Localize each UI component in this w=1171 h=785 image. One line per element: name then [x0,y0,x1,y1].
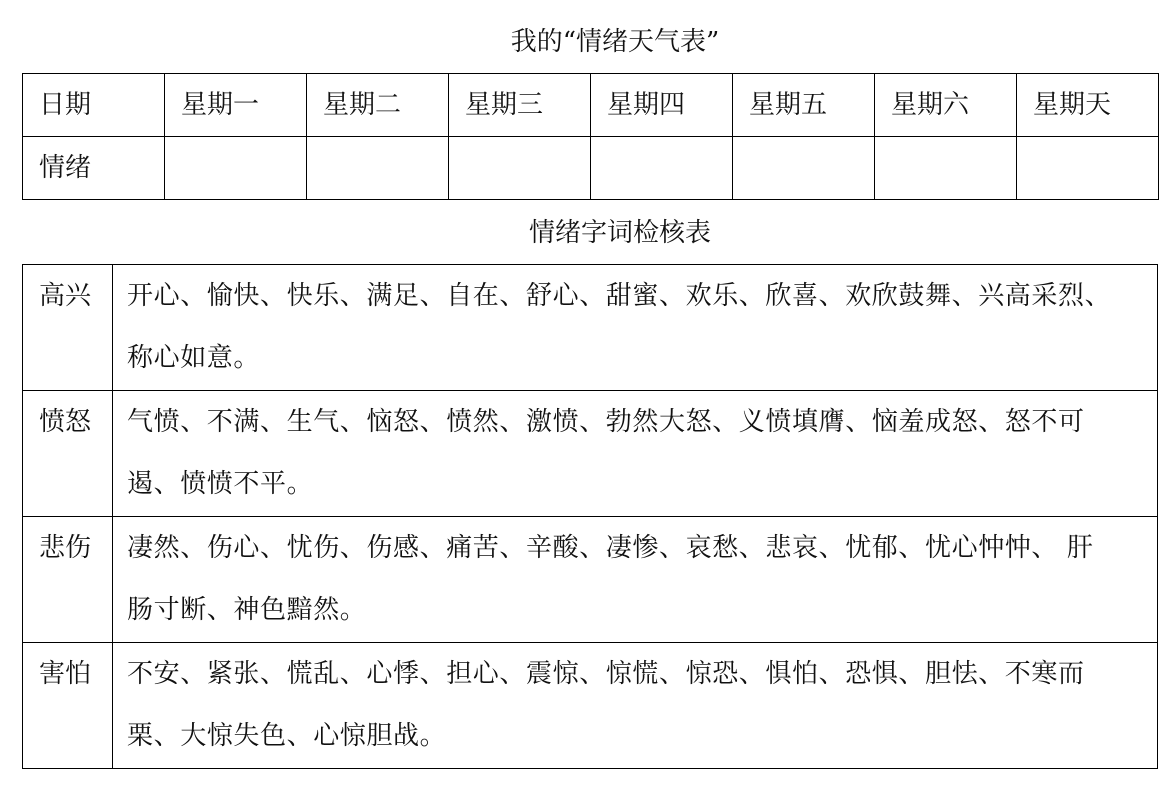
word-line: 不安、紧张、慌乱、心悸、担心、震惊、惊慌、惊恐、惧怕、恐惧、胆怯、不寒而 [127,643,1153,705]
emotion-label-angry: 愤怒 [23,391,113,517]
word-table-title: 情绪字词检核表 [0,218,1171,248]
emotion-label-afraid: 害怕 [23,643,113,769]
sunday-mood-cell[interactable] [1017,137,1159,200]
emotion-words-angry: 气愤、不满、生气、恼怒、愤然、激愤、勃然大怒、义愤填膺、恼羞成怒、怒不可 遏、愤… [113,391,1158,517]
thursday-header-cell: 星期四 [591,74,733,137]
friday-header-cell: 星期五 [733,74,875,137]
saturday-header-cell: 星期六 [875,74,1017,137]
tuesday-mood-cell[interactable] [307,137,449,200]
sunday-header-cell: 星期天 [1017,74,1159,137]
tuesday-header-cell: 星期二 [307,74,449,137]
word-line: 气愤、不满、生气、恼怒、愤然、激愤、勃然大怒、义愤填膺、恼羞成怒、怒不可 [127,391,1153,453]
wednesday-header-cell: 星期三 [449,74,591,137]
saturday-mood-cell[interactable] [875,137,1017,200]
date-row: 日期 星期一 星期二 星期三 星期四 星期五 星期六 星期天 [23,74,1159,137]
emotion-words-sad: 凄然、伤心、忧伤、伤感、痛苦、辛酸、凄惨、哀愁、悲哀、忧郁、忧心忡忡、 肝 肠寸… [113,517,1158,643]
emotion-label-happy: 高兴 [23,265,113,391]
mood-label-cell: 情绪 [23,137,165,200]
table-row-sad: 悲伤 凄然、伤心、忧伤、伤感、痛苦、辛酸、凄惨、哀愁、悲哀、忧郁、忧心忡忡、 肝… [23,517,1158,643]
emotion-label-sad: 悲伤 [23,517,113,643]
word-line: 栗、大惊失色、心惊胆战。 [127,705,1153,767]
date-header-cell: 日期 [23,74,165,137]
word-line: 开心、愉快、快乐、满足、自在、舒心、甜蜜、欢乐、欣喜、欢欣鼓舞、兴高采烈、 [127,265,1153,327]
weather-table-title: 我的“情绪天气表” [0,27,1171,57]
word-line: 称心如意。 [127,327,1153,389]
wednesday-mood-cell[interactable] [449,137,591,200]
friday-mood-cell[interactable] [733,137,875,200]
table-row-angry: 愤怒 气愤、不满、生气、恼怒、愤然、激愤、勃然大怒、义愤填膺、恼羞成怒、怒不可 … [23,391,1158,517]
word-line: 遏、愤愤不平。 [127,453,1153,515]
mood-weather-table: 日期 星期一 星期二 星期三 星期四 星期五 星期六 星期天 情绪 [22,73,1159,200]
emotion-word-checklist-table: 高兴 开心、愉快、快乐、满足、自在、舒心、甜蜜、欢乐、欣喜、欢欣鼓舞、兴高采烈、… [22,264,1158,769]
table-row-afraid: 害怕 不安、紧张、慌乱、心悸、担心、震惊、惊慌、惊恐、惧怕、恐惧、胆怯、不寒而 … [23,643,1158,769]
word-line: 凄然、伤心、忧伤、伤感、痛苦、辛酸、凄惨、哀愁、悲哀、忧郁、忧心忡忡、 肝 [127,517,1153,579]
emotion-words-afraid: 不安、紧张、慌乱、心悸、担心、震惊、惊慌、惊恐、惧怕、恐惧、胆怯、不寒而 栗、大… [113,643,1158,769]
monday-header-cell: 星期一 [165,74,307,137]
emotion-words-happy: 开心、愉快、快乐、满足、自在、舒心、甜蜜、欢乐、欣喜、欢欣鼓舞、兴高采烈、 称心… [113,265,1158,391]
thursday-mood-cell[interactable] [591,137,733,200]
monday-mood-cell[interactable] [165,137,307,200]
table-row-happy: 高兴 开心、愉快、快乐、满足、自在、舒心、甜蜜、欢乐、欣喜、欢欣鼓舞、兴高采烈、… [23,265,1158,391]
word-line: 肠寸断、神色黯然。 [127,579,1153,641]
mood-row: 情绪 [23,137,1159,200]
